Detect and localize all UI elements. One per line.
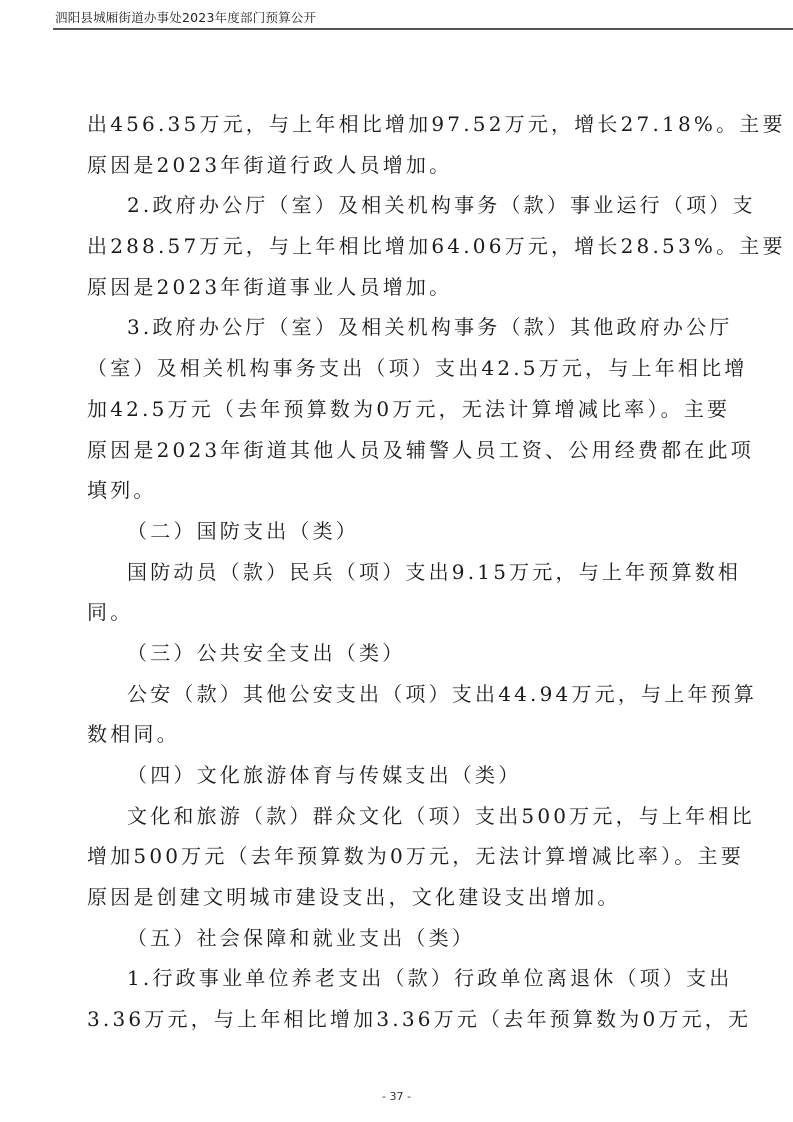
paragraph-line: （四）文化旅游体育与传媒支出（类） xyxy=(87,755,711,796)
paragraph-line: 3.政府办公厅（室）及相关机构事务（款）其他政府办公厅 xyxy=(87,307,711,348)
paragraph-line: （三）公共安全支出（类） xyxy=(87,633,711,674)
paragraph-line: 数相同。 xyxy=(87,714,711,755)
paragraph-line: 文化和旅游（款）群众文化（项）支出500万元，与上年相比 xyxy=(87,796,711,837)
page-number: - 37 - xyxy=(0,1090,793,1103)
document-body: 出456.35万元，与上年相比增加97.52万元，增长27.18%。主要原因是2… xyxy=(87,104,711,1040)
paragraph-line: （五）社会保障和就业支出（类） xyxy=(87,918,711,959)
paragraph-line: （二）国防支出（类） xyxy=(87,511,711,552)
paragraph-line: 3.36万元，与上年相比增加3.36万元（去年预算数为0万元，无 xyxy=(87,999,711,1040)
paragraph-line: 出288.57万元，与上年相比增加64.06万元，增长28.53%。主要 xyxy=(87,226,711,267)
header-divider xyxy=(53,28,793,30)
paragraph-line: 出456.35万元，与上年相比增加97.52万元，增长27.18%。主要 xyxy=(87,104,711,145)
paragraph-line: （室）及相关机构事务支出（项）支出42.5万元，与上年相比增 xyxy=(87,348,711,389)
paragraph-line: 加42.5万元（去年预算数为0万元，无法计算增减比率）。主要 xyxy=(87,389,711,430)
paragraph-line: 增加500万元（去年预算数为0万元，无法计算增减比率）。主要 xyxy=(87,836,711,877)
paragraph-line: 原因是2023年街道其他人员及辅警人员工资、公用经费都在此项 xyxy=(87,430,711,471)
paragraph-line: 原因是2023年街道事业人员增加。 xyxy=(87,267,711,308)
paragraph-line: 原因是2023年街道行政人员增加。 xyxy=(87,145,711,186)
paragraph-line: 1.行政事业单位养老支出（款）行政单位离退休（项）支出 xyxy=(87,958,711,999)
document-header-title: 泗阳县城厢街道办事处2023年度部门预算公开 xyxy=(55,8,316,26)
paragraph-line: 国防动员（款）民兵（项）支出9.15万元，与上年预算数相 xyxy=(87,552,711,593)
paragraph-line: 同。 xyxy=(87,592,711,633)
paragraph-line: 2.政府办公厅（室）及相关机构事务（款）事业运行（项）支 xyxy=(87,185,711,226)
paragraph-line: 原因是创建文明城市建设支出，文化建设支出增加。 xyxy=(87,877,711,918)
paragraph-line: 公安（款）其他公安支出（项）支出44.94万元，与上年预算 xyxy=(87,674,711,715)
paragraph-line: 填列。 xyxy=(87,470,711,511)
